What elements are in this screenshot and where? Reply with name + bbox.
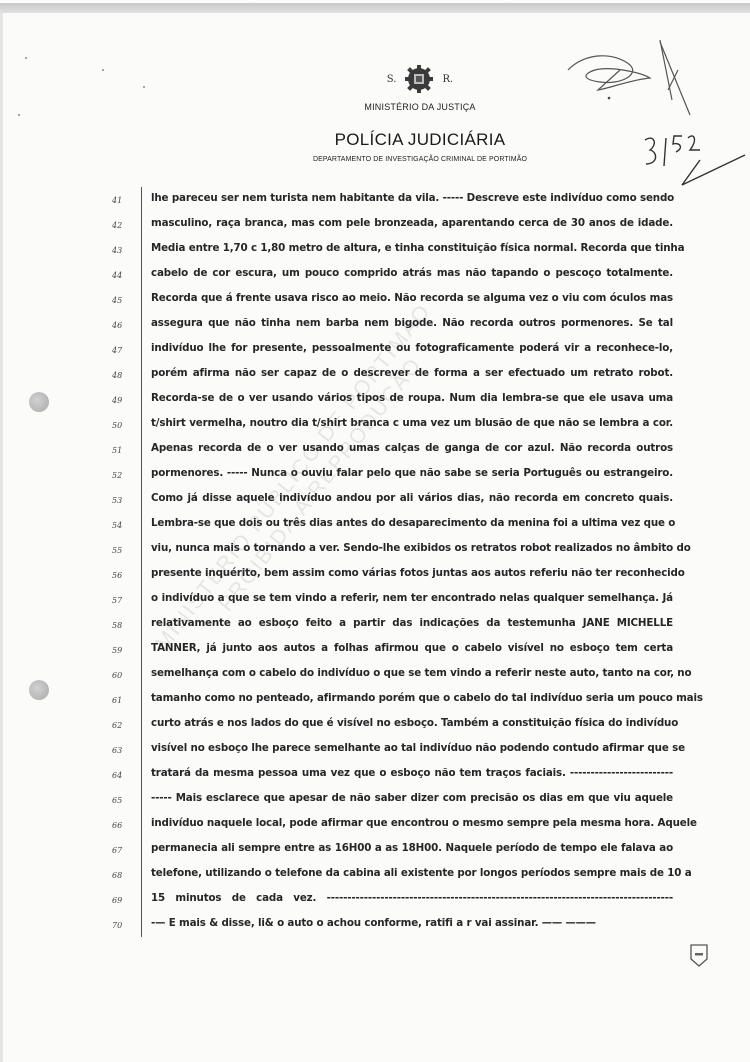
text-line: 49Recorda-se de o ver usando vários tipo… — [0, 388, 750, 413]
line-number: 56 — [112, 571, 132, 580]
ministry-name: MINISTÉRIO DA JUSTIÇA — [250, 102, 590, 112]
line-text: lhe pareceu ser nem turista nem habitant… — [151, 192, 673, 204]
line-text: tratará da mesma pessoa uma vez que o es… — [151, 767, 673, 779]
line-number: 41 — [112, 196, 132, 205]
scan-speck — [25, 57, 27, 59]
text-line: 53Como já disse aquele indivíduo andou p… — [0, 488, 750, 513]
text-line: 60semelhança com o cabelo do indivíduo o… — [0, 663, 750, 688]
scan-speck — [102, 69, 104, 71]
line-number: 64 — [112, 771, 132, 780]
line-number: 46 — [112, 321, 132, 330]
line-number: 44 — [112, 271, 132, 280]
text-line: 46assegura que não tinha nem barba nem b… — [0, 313, 750, 338]
line-number: 70 — [112, 921, 132, 930]
line-text: visível no esboço lhe parece semelhante … — [151, 742, 673, 754]
text-line: 66indivíduo naquele local, pode afirmar … — [0, 813, 750, 838]
line-number: 61 — [112, 696, 132, 705]
line-number: 43 — [112, 246, 132, 255]
text-line: 45Recorda que á frente usava risco ao me… — [0, 288, 750, 313]
line-text: Recorda-se de o ver usando vários tipos … — [151, 392, 673, 404]
line-number: 60 — [112, 671, 132, 680]
text-line: 59TANNER, já junto aos autos a folhas af… — [0, 638, 750, 663]
text-line: 51Apenas recorda de o ver usando umas ca… — [0, 438, 750, 463]
line-number: 62 — [112, 721, 132, 730]
line-number: 45 — [112, 296, 132, 305]
text-line: 54Lembra-se que dois ou três dias antes … — [0, 513, 750, 538]
line-text: Lembra-se que dois ou três dias antes do… — [151, 517, 673, 529]
line-number: 47 — [112, 346, 132, 355]
text-line: 52pormenores. ----- Nunca o ouviu falar … — [0, 463, 750, 488]
line-number: 63 — [112, 746, 132, 755]
text-line: 65----- Mais esclarece que apesar de não… — [0, 788, 750, 813]
line-text: assegura que não tinha nem barba nem big… — [151, 317, 673, 329]
text-line: 57o indivíduo a que se tem vindo a refer… — [0, 588, 750, 613]
coat-of-arms-icon — [404, 64, 434, 94]
text-line: 43Media entre 1,70 c 1,80 metro de altur… — [0, 238, 750, 263]
line-text: porém afirma não ser capaz de o descreve… — [151, 367, 673, 379]
line-text: Recorda que á frente usava risco ao meio… — [151, 292, 673, 304]
line-number: 52 — [112, 471, 132, 480]
text-line: 6915 minutos de cada vez. --------------… — [0, 888, 750, 913]
line-number: 48 — [112, 371, 132, 380]
text-line: 61tamanho como no penteado, afirmando po… — [0, 688, 750, 713]
line-text: indivíduo lhe for presente, pessoalmente… — [151, 342, 673, 354]
line-number: 68 — [112, 871, 132, 880]
line-number: 51 — [112, 446, 132, 455]
text-line: 44cabelo de cor escura, um pouco comprid… — [0, 263, 750, 288]
text-line: 41lhe pareceu ser nem turista nem habita… — [0, 188, 750, 213]
handwritten-page-number — [640, 130, 750, 190]
line-text: t/shirt vermelha, noutro dia t/shirt bra… — [151, 417, 673, 429]
text-line: 56presente inquérito, bem assim como vár… — [0, 563, 750, 588]
line-text: telefone, utilizando o telefone da cabin… — [151, 867, 673, 879]
line-text: o indivíduo a que se tem vindo a referir… — [151, 592, 673, 604]
text-line: 55viu, nunca mais o tornando a ver. Send… — [0, 538, 750, 563]
crest-letter-left: S. — [387, 74, 397, 85]
line-text: semelhança com o cabelo do indivíduo o q… — [151, 667, 673, 679]
line-text: tamanho como no penteado, afirmando poré… — [151, 692, 673, 704]
scan-top-edge — [0, 3, 750, 13]
line-number: 49 — [112, 396, 132, 405]
line-text: Media entre 1,70 c 1,80 metro de altura,… — [151, 242, 673, 254]
text-line: 64tratará da mesma pessoa uma vez que o … — [0, 763, 750, 788]
line-text: 15 minutos de cada vez. ----------------… — [151, 892, 673, 904]
line-text: curto atrás e nos lados do que é visível… — [151, 717, 673, 729]
scan-speck — [18, 114, 20, 116]
line-number: 57 — [112, 596, 132, 605]
signature-icon — [560, 30, 700, 120]
line-number: 67 — [112, 846, 132, 855]
line-text: -— E mais & disse, li& o auto o achou co… — [151, 917, 673, 929]
line-number: 65 — [112, 796, 132, 805]
line-number: 42 — [112, 221, 132, 230]
line-text: ----- Mais esclarece que apesar de não s… — [151, 792, 673, 804]
line-number: 50 — [112, 421, 132, 430]
line-number: 69 — [112, 896, 132, 905]
line-number: 59 — [112, 646, 132, 655]
line-text: relativamente ao esboço feito a partir d… — [151, 617, 673, 629]
stamp-badge-icon — [688, 942, 710, 968]
text-line: 48porém afirma não ser capaz de o descre… — [0, 363, 750, 388]
crest-letter-right: R. — [442, 74, 453, 85]
line-text: viu, nunca mais o tornando a ver. Sendo-… — [151, 542, 673, 554]
line-text: Como já disse aquele indivíduo andou por… — [151, 492, 673, 504]
text-line: 63visível no esboço lhe parece semelhant… — [0, 738, 750, 763]
line-text: indivíduo naquele local, pode afirmar qu… — [151, 817, 673, 829]
text-line: 68telefone, utilizando o telefone da cab… — [0, 863, 750, 888]
scan-speck — [143, 86, 145, 88]
line-text: permanecia ali sempre entre as 16H00 a a… — [151, 842, 673, 854]
text-line: 50t/shirt vermelha, noutro dia t/shirt b… — [0, 413, 750, 438]
line-number: 55 — [112, 546, 132, 555]
line-number: 53 — [112, 496, 132, 505]
text-line: 42masculino, raça branca, mas com pele b… — [0, 213, 750, 238]
line-number: 66 — [112, 821, 132, 830]
line-text: pormenores. ----- Nunca o ouviu falar pe… — [151, 467, 673, 479]
crest-row: S. R. — [250, 62, 590, 96]
line-text: cabelo de cor escura, um pouco comprido … — [151, 267, 673, 279]
text-line: 58relativamente ao esboço feito a partir… — [0, 613, 750, 638]
agency-title: POLÍCIA JUDICIÁRIA — [250, 130, 590, 150]
text-line: 62curto atrás e nos lados do que é visív… — [0, 713, 750, 738]
text-line: 67permanecia ali sempre entre as 16H00 a… — [0, 838, 750, 863]
department-name: DEPARTAMENTO DE INVESTIGAÇÃO CRIMINAL DE… — [250, 156, 590, 163]
line-text: Apenas recorda de o ver usando umas calç… — [151, 442, 673, 454]
document-header: S. R. MINISTÉRIO DA JUSTIÇA PO — [250, 62, 590, 163]
line-text: masculino, raça branca, mas com pele bro… — [151, 217, 673, 229]
text-line: 70-— E mais & disse, li& o auto o achou … — [0, 913, 750, 938]
line-text: presente inquérito, bem assim como vária… — [151, 567, 673, 579]
line-number: 58 — [112, 621, 132, 630]
line-number: 54 — [112, 521, 132, 530]
text-line: 47indivíduo lhe for presente, pessoalmen… — [0, 338, 750, 363]
line-text: TANNER, já junto aos autos a folhas afir… — [151, 642, 673, 654]
